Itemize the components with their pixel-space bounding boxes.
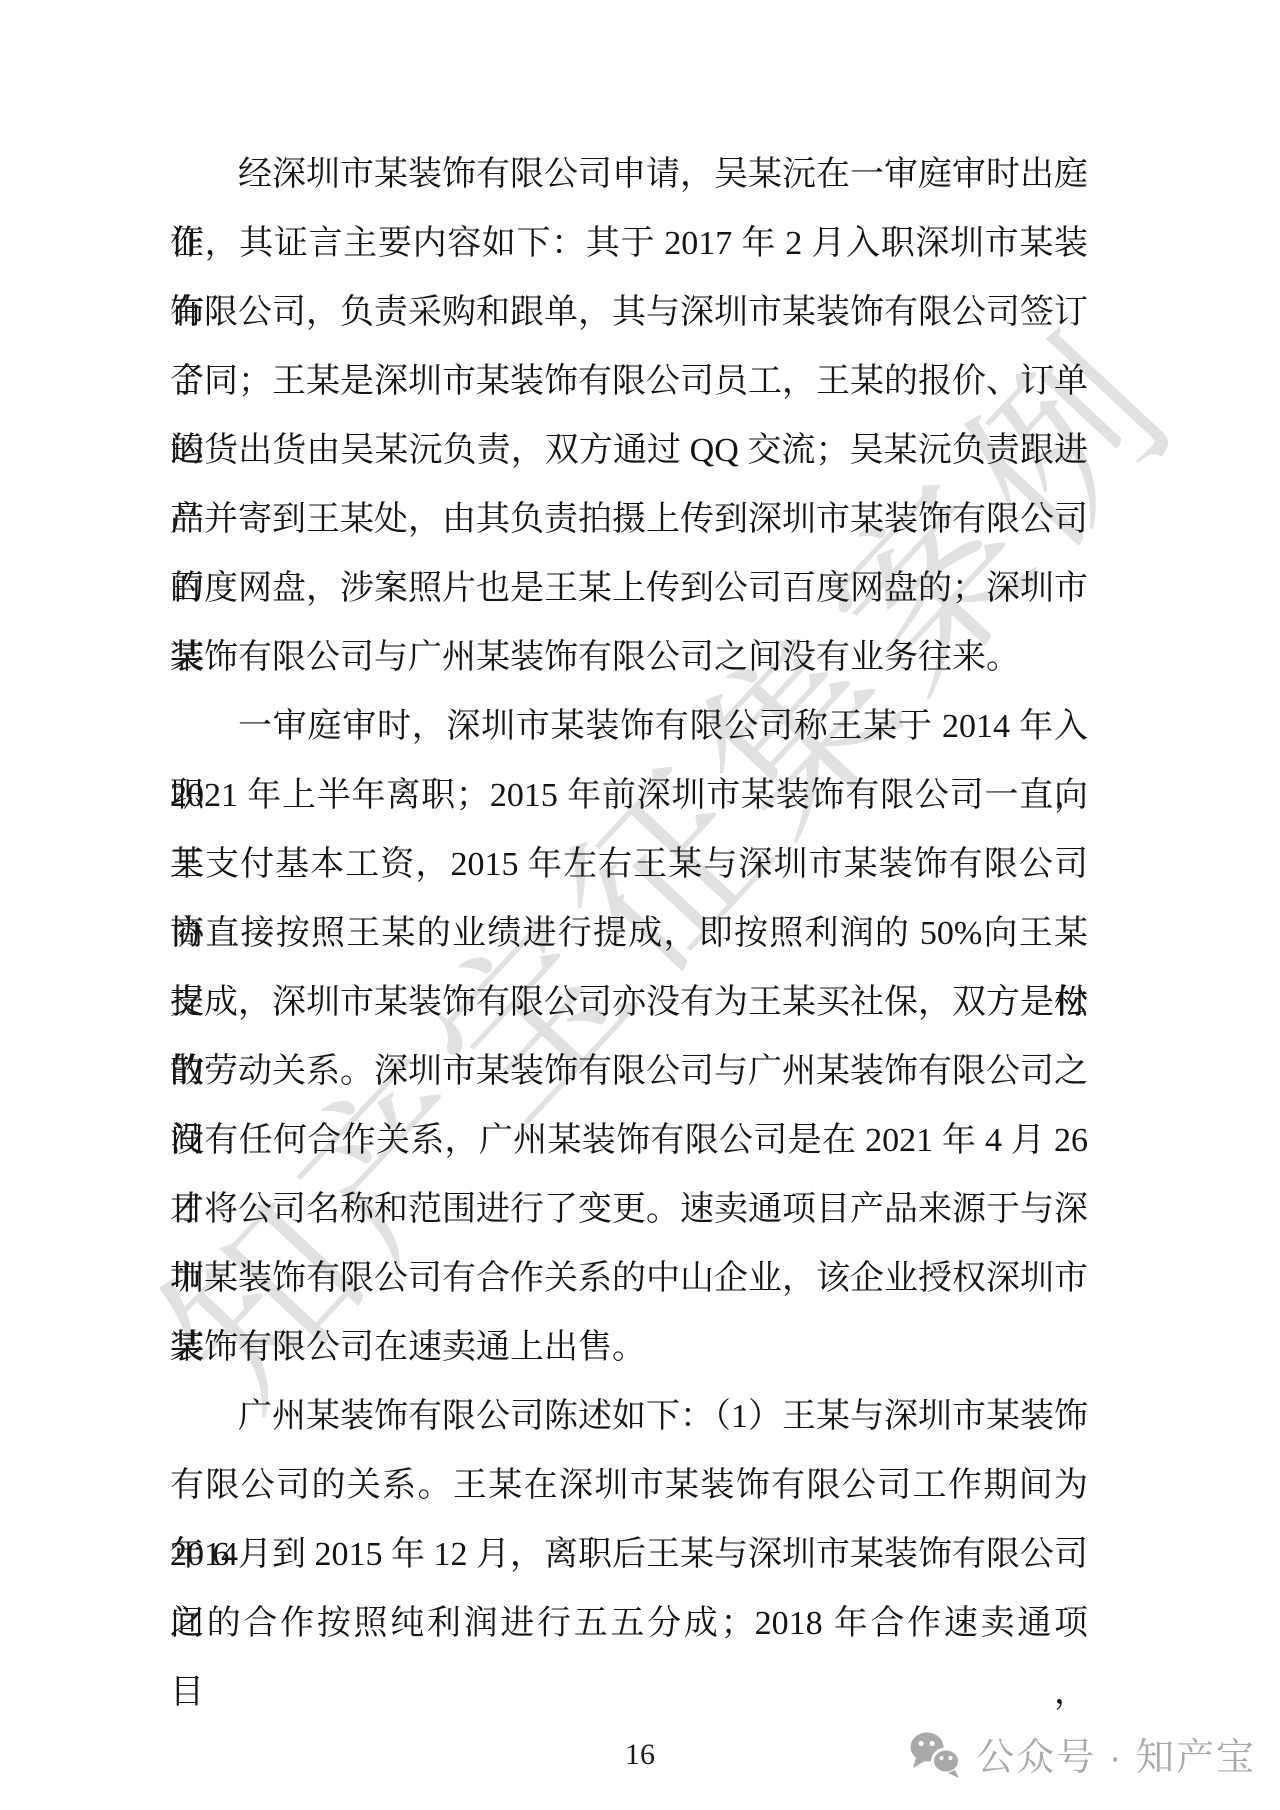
text-line: 百度网盘，涉案照片也是王某上传到公司百度网盘的；深圳市某 <box>170 554 1088 623</box>
text-line: 提成，深圳市某装饰有限公司亦没有为王某买社保，双方是松散 <box>170 968 1088 1037</box>
text-line: 商直接按照王某的业绩进行提成，即按照利润的 50%向王某支付 <box>170 899 1088 968</box>
footer-brand: 公众号 · 知产宝 <box>906 1726 1256 1781</box>
text-line: 广州某装饰有限公司陈述如下：（1）王某与深圳市某装饰 <box>170 1382 1088 1451</box>
text-line: 才将公司名称和范围进行了变更。速卖通项目产品来源于与深圳 <box>170 1175 1088 1244</box>
text-line: 装饰有限公司在速卖通上出售。 <box>170 1313 1088 1382</box>
text-line: 有限公司，负责采购和跟单，其与深圳市某装饰有限公司签订了 <box>170 278 1088 347</box>
text-line: 2021 年上半年离职；2015 年前深圳市某装饰有限公司一直向王 <box>170 761 1088 830</box>
text-line: 经深圳市某装饰有限公司申请，吴某沅在一审庭审时出庭作 <box>170 140 1088 209</box>
text-line: 的劳动关系。深圳市某装饰有限公司与广州某装饰有限公司之间 <box>170 1037 1088 1106</box>
text-line: 某支付基本工资，2015 年左右王某与深圳市某装饰有限公司协 <box>170 830 1088 899</box>
text-line: 品并寄到王某处，由其负责拍摄上传到深圳市某装饰有限公司的 <box>170 485 1088 554</box>
text-line: 有限公司的关系。王某在深圳市某装饰有限公司工作期间为 2014 <box>170 1451 1088 1520</box>
footer-brand-label: 公众号 · 知产宝 <box>976 1726 1256 1781</box>
document-body: 经深圳市某装饰有限公司申请，吴某沅在一审庭审时出庭作证，其证言主要内容如下：其于… <box>170 140 1088 1658</box>
text-line: 市某装饰有限公司有合作关系的中山企业，该企业授权深圳市某 <box>170 1244 1088 1313</box>
text-line: 装饰有限公司与广州某装饰有限公司之间没有业务往来。 <box>170 623 1088 692</box>
text-line: 年 6 月到 2015 年 12 月，离职后王某与深圳市某装饰有限公司之 <box>170 1520 1088 1589</box>
text-line: 没有任何合作关系，广州某装饰有限公司是在 2021 年 4 月 26 日 <box>170 1106 1088 1175</box>
wechat-icon <box>906 1729 964 1779</box>
text-line: 合同；王某是深圳市某装饰有限公司员工，王某的报价、订单的 <box>170 347 1088 416</box>
text-line: 运货出货由吴某沅负责，双方通过 QQ 交流；吴某沅负责跟进产 <box>170 416 1088 485</box>
document-page: 知产宝征集案例 经深圳市某装饰有限公司申请，吴某沅在一审庭审时出庭作证，其证言主… <box>0 0 1280 1810</box>
text-line: 证，其证言主要内容如下：其于 2017 年 2 月入职深圳市某装饰 <box>170 209 1088 278</box>
text-line: 间的合作按照纯利润进行五五分成；2018 年合作速卖通项目， <box>170 1589 1088 1658</box>
text-line: 一审庭审时，深圳市某装饰有限公司称王某于 2014 年入职， <box>170 692 1088 761</box>
